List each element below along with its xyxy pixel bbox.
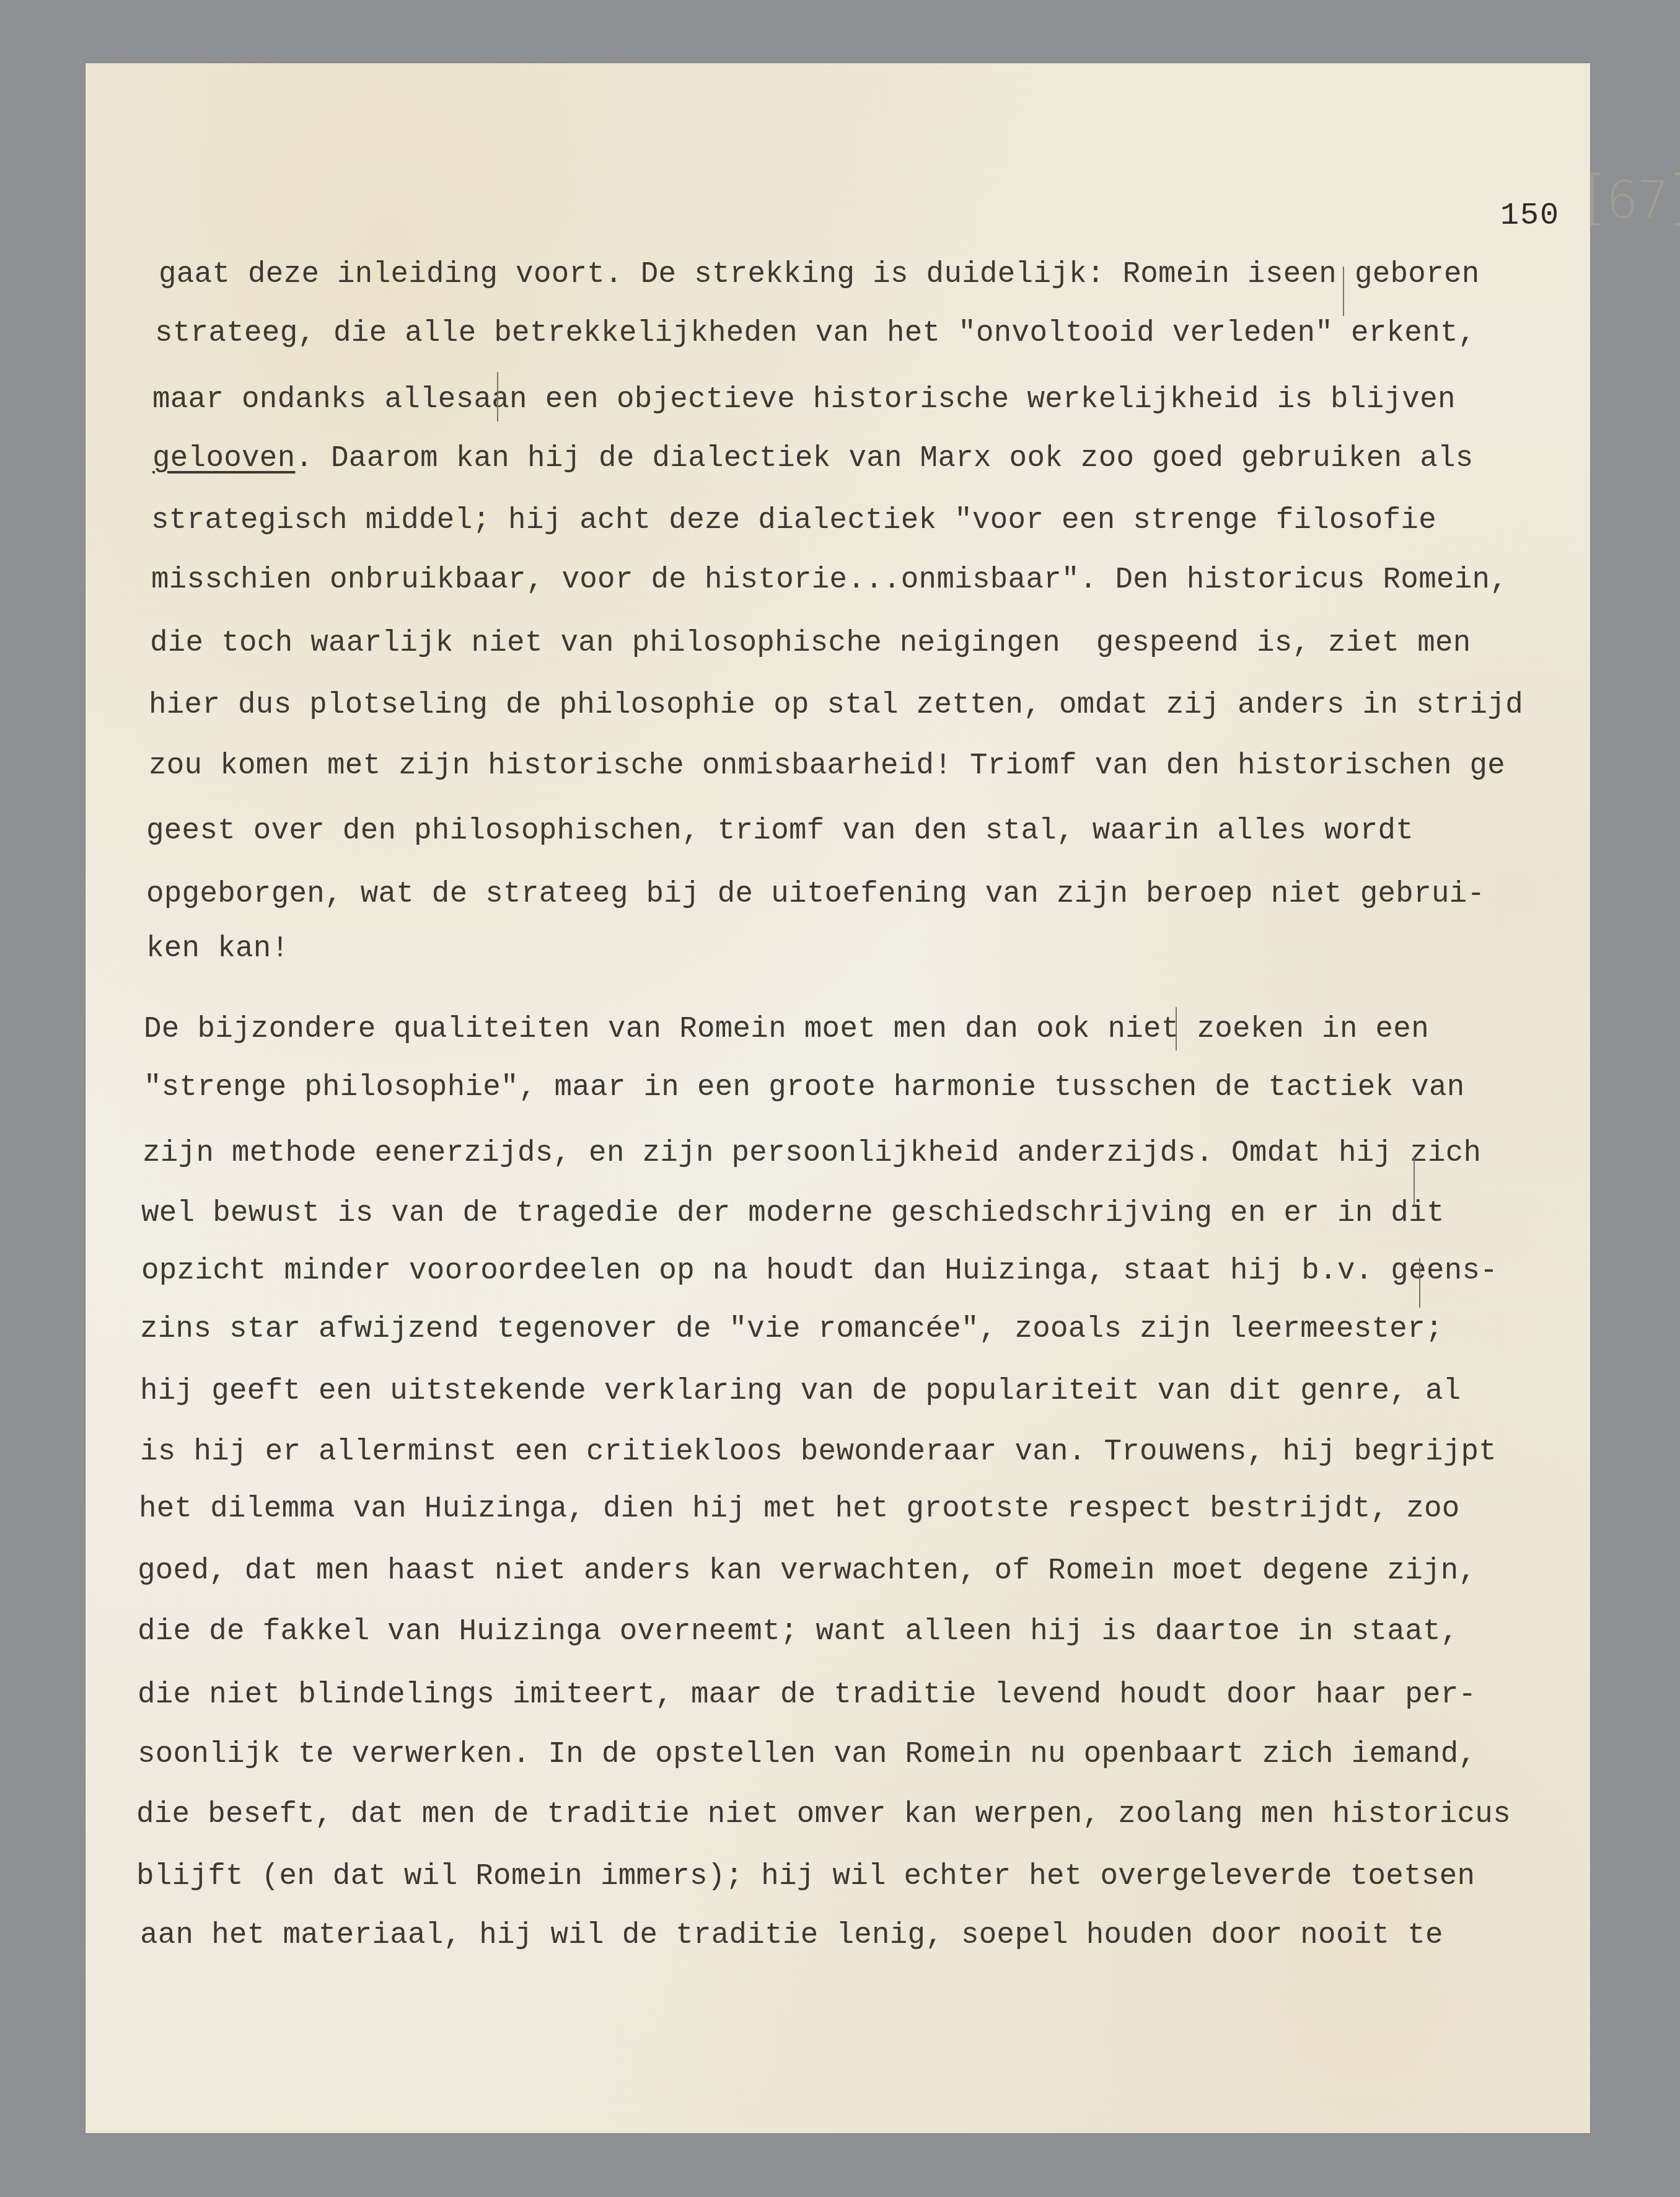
text-line: wel bewust is van de tragedie der modern…	[141, 1199, 1445, 1229]
text-line: hier dus plotseling de philosophie op st…	[149, 691, 1523, 721]
archive-number-handwritten: [67]	[1584, 162, 1680, 232]
text-line: soonlijk te verwerken. In de opstellen v…	[138, 1740, 1476, 1770]
text-line: opgeborgen, wat de strateeg bij de uitoe…	[146, 880, 1485, 910]
text-line: zins star afwijzend tegenover de "vie ro…	[140, 1315, 1443, 1345]
text-line: het dilemma van Huizinga, dien hij met h…	[139, 1495, 1460, 1525]
text-line: aan het materiaal, hij wil de traditie l…	[140, 1921, 1443, 1951]
text-line: misschien onbruikbaar, voor de historie.…	[151, 566, 1508, 596]
text-line: zijn methode eenerzijds, en zijn persoon…	[143, 1139, 1481, 1169]
text-line: geest over den philosophischen, triomf v…	[146, 817, 1414, 847]
line-rest: . Daarom kan hij de dialectiek van Marx …	[295, 442, 1473, 475]
pencil-correction-mark	[1343, 266, 1344, 316]
text-line: die toch waarlijk niet van philosophisch…	[150, 629, 1471, 659]
typewritten-page: 150 [67] gaat deze inleiding voort. De s…	[86, 63, 1590, 2133]
text-line: is hij er allerminst een critiekloos bew…	[140, 1438, 1497, 1468]
text-line: goed, dat men haast niet anders kan verw…	[138, 1557, 1476, 1587]
pencil-correction-mark	[1176, 1007, 1177, 1050]
text-line: strategisch middel; hij acht deze dialec…	[151, 506, 1436, 536]
text-line: "strenge philosophie", maar in een groot…	[144, 1073, 1465, 1103]
underlined-word: gelooven	[152, 442, 295, 475]
archive-number-value: 67	[1606, 171, 1668, 230]
text-line: maar ondanks allesaan een objectieve his…	[152, 385, 1456, 415]
text-line: die niet blindelings imiteert, maar de t…	[138, 1681, 1476, 1710]
text-line: De bijzondere qualiteiten van Romein moe…	[144, 1015, 1429, 1045]
pencil-correction-mark	[1414, 1156, 1415, 1205]
text-line: ken kan!	[146, 935, 289, 964]
bracket-close: ]	[1668, 162, 1680, 232]
text-line: blijft (en dat wil Romein immers); hij w…	[136, 1862, 1475, 1892]
body-text: gaat deze inleiding voort. De strekking …	[86, 63, 1590, 2133]
text-line: die beseft, dat men de traditie niet omv…	[136, 1800, 1511, 1830]
text-line: gelooven. Daarom kan hij de dialectiek v…	[152, 444, 1474, 474]
text-line: gaat deze inleiding voort. De strekking …	[159, 260, 1480, 290]
text-line: opzicht minder vooroordeelen op na houdt…	[141, 1257, 1498, 1287]
text-line: die de fakkel van Huizinga overneemt; wa…	[138, 1618, 1459, 1647]
text-line: hij geeft een uitstekende verklaring van…	[140, 1377, 1461, 1407]
pencil-correction-mark	[497, 372, 498, 421]
pencil-correction-mark	[1419, 1258, 1420, 1308]
text-line: strateeg, die alle betrekkelijkheden van…	[155, 319, 1476, 349]
text-line: zou komen met zijn historische onmisbaar…	[149, 752, 1505, 781]
